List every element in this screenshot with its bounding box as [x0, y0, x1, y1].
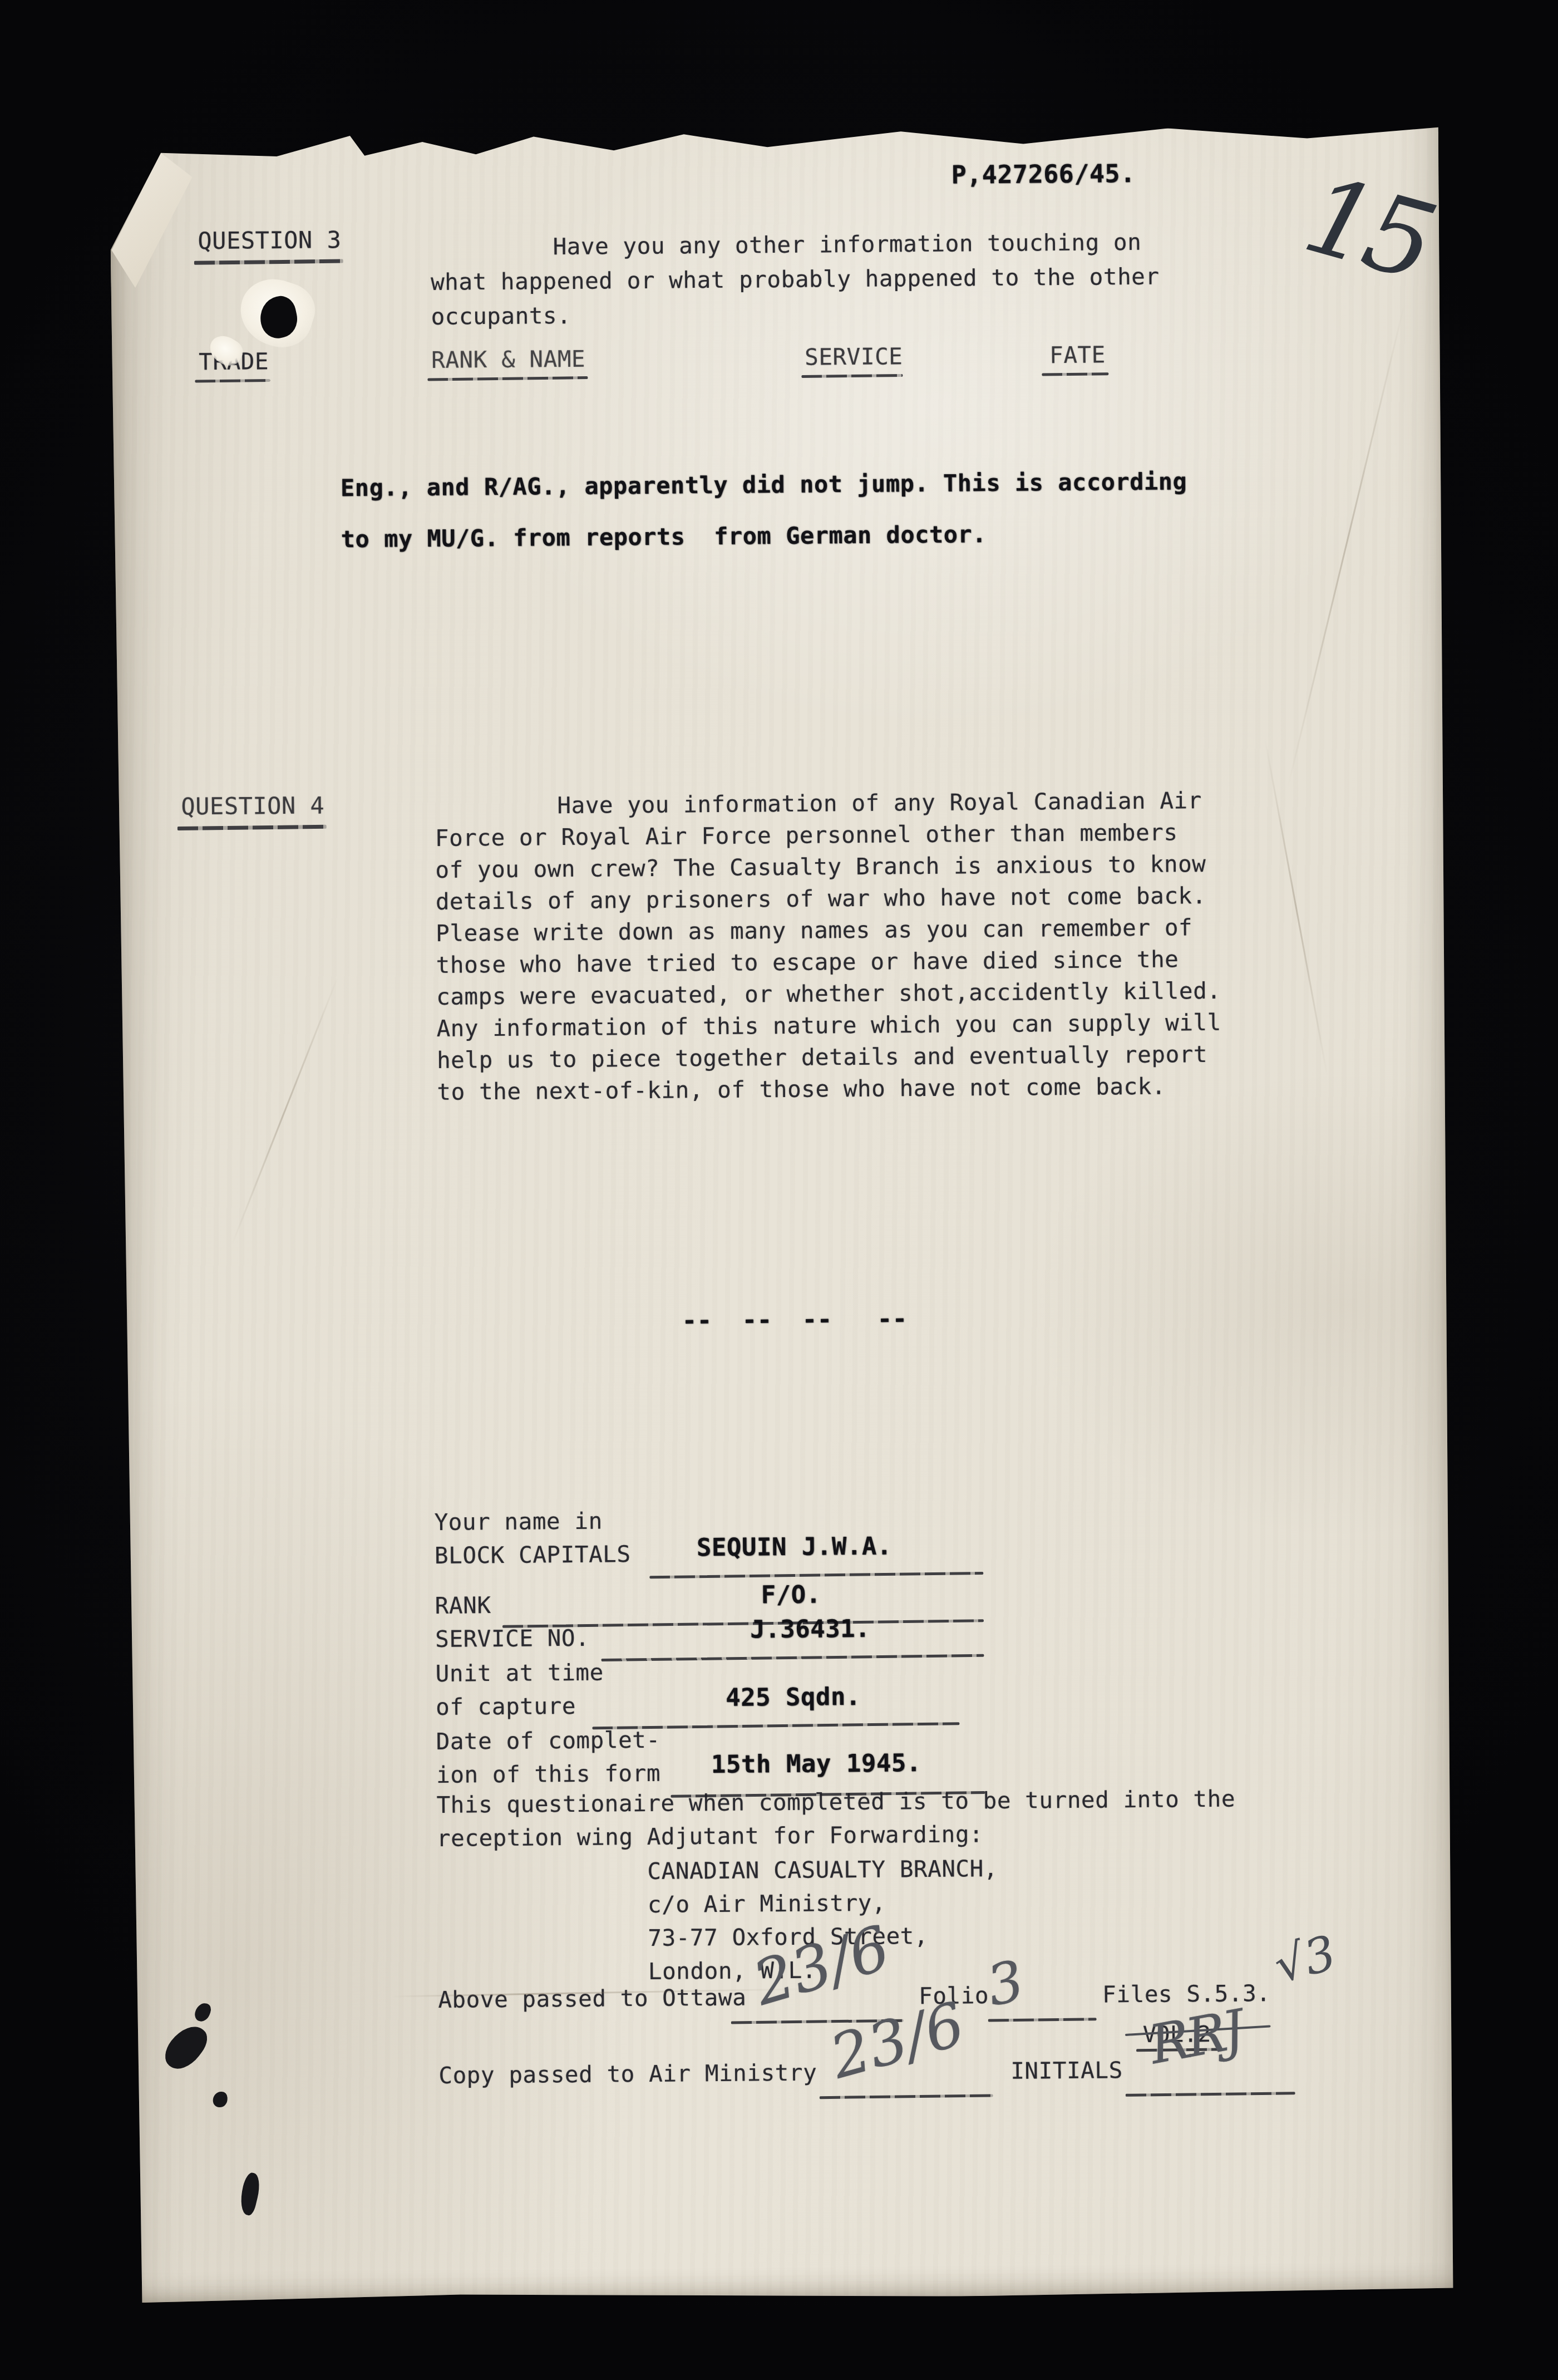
question4-label: QUESTION 4: [181, 791, 324, 820]
initials-value-handwritten: RRJ: [1145, 1998, 1246, 2076]
unit-label-line2: of capture: [436, 1693, 576, 1720]
column-header-service: SERVICE: [805, 343, 903, 370]
service-no-label: SERVICE NO.: [435, 1625, 589, 1653]
rank-value: F/O.: [761, 1580, 821, 1609]
paper-scratch-2: [1264, 738, 1328, 1078]
name-label-line1: Your name in: [434, 1508, 603, 1536]
service-underline: [801, 374, 903, 378]
ink-blot-1: [159, 2019, 213, 2077]
date-value: 15th May 1945.: [711, 1749, 921, 1779]
folded-corner: [110, 104, 234, 316]
question4-line-9: help us to piece together details and ev…: [437, 1041, 1207, 1074]
forwarding-address-2: c/o Air Ministry,: [648, 1890, 886, 1918]
unit-value: 425 Sqdn.: [726, 1683, 861, 1712]
ottawa-label: Above passed to Ottawa: [438, 1984, 746, 2013]
scanned-document-page: { "doc": { "file_ref": "P,427266/45.", "…: [0, 0, 1558, 2380]
paper-scratch-1: [1286, 302, 1406, 789]
question4-line-10: to the next-of-kin, of those who have no…: [437, 1073, 1166, 1105]
ink-blot-3: [213, 2092, 228, 2107]
question3-label: QUESTION 3: [198, 226, 341, 254]
question4-line-1: Have you information of any Royal Canadi…: [557, 787, 1202, 819]
trade-underline: [195, 379, 270, 383]
fate-underline: [1042, 372, 1108, 376]
question3-label-underline: [194, 259, 343, 265]
question4-line-2: Force or Royal Air Force personnel other…: [435, 819, 1178, 851]
name-value: SEQUIN J.W.A.: [697, 1532, 892, 1562]
question4-line-5: Please write down as many names as you c…: [436, 914, 1192, 947]
rank-label: RANK: [435, 1592, 491, 1619]
question3-answer-line-1: Eng., and R/AG., apparently did not jump…: [341, 468, 1187, 501]
copy-date-handwritten: 23/6: [824, 1989, 972, 2092]
file-reference: P,427266/45.: [951, 159, 1136, 190]
handwritten-page-number: 15: [1293, 153, 1442, 304]
files-label: Files S.5.3.: [1102, 1980, 1271, 2008]
question4-line-8: Any information of this nature which you…: [436, 1009, 1221, 1042]
files-value-handwritten: √3: [1269, 1925, 1342, 1994]
question3-answer-line-2: to my MU/G. from reports from German doc…: [341, 520, 987, 553]
question4-label-underline: [178, 825, 327, 830]
question4-line-3: of you own crew? The Casualty Branch is …: [435, 850, 1206, 883]
column-header-rank-name: RANK & NAME: [431, 346, 585, 373]
question4-line-4: details of any prisoners of war who have…: [436, 882, 1206, 915]
ink-blot-2: [193, 2001, 213, 2024]
name-underline: [649, 1572, 983, 1579]
copy-label: Copy passed to Air Ministry: [438, 2059, 817, 2089]
copy-underline: [820, 2094, 993, 2099]
date-label-line1: Date of complet-: [436, 1727, 660, 1755]
paper-scratch-3: [231, 976, 339, 1246]
name-label-line2: BLOCK CAPITALS: [435, 1541, 631, 1569]
question3-line-1: Have you any other information touching …: [553, 229, 1141, 260]
unit-label-line1: Unit at time: [435, 1659, 604, 1687]
folio-underline: [988, 2018, 1097, 2022]
paper-sheet: P,427266/45. 15 QUESTION 3 Have you any …: [110, 94, 1458, 2304]
rank-name-underline: [427, 376, 588, 381]
separator-dashes: -- -- -- --: [682, 1305, 908, 1335]
date-label-line2: ion of this form: [436, 1760, 660, 1788]
question3-line-2: what happened or what probably happened …: [431, 263, 1160, 296]
forwarding-line2: reception wing Adjutant for Forwarding:: [437, 1821, 984, 1852]
initials-underline: [1126, 2092, 1295, 2097]
service-no-value: J.36431.: [750, 1615, 870, 1644]
question3-line-3: occupants.: [431, 302, 571, 330]
forwarding-address-1: CANADIAN CASUALTY BRANCH,: [647, 1855, 998, 1885]
forwarding-line1: This questionaire when completed is to b…: [436, 1786, 1235, 1818]
service-no-underline: [601, 1654, 984, 1661]
ink-blot-4: [237, 2171, 263, 2216]
question4-line-7: camps were evacuated, or whether shot,ac…: [436, 977, 1221, 1010]
question4-line-6: those who have tried to escape or have d…: [436, 946, 1179, 978]
column-header-fate: FATE: [1049, 341, 1106, 368]
initials-label: INITIALS: [1010, 2057, 1123, 2084]
